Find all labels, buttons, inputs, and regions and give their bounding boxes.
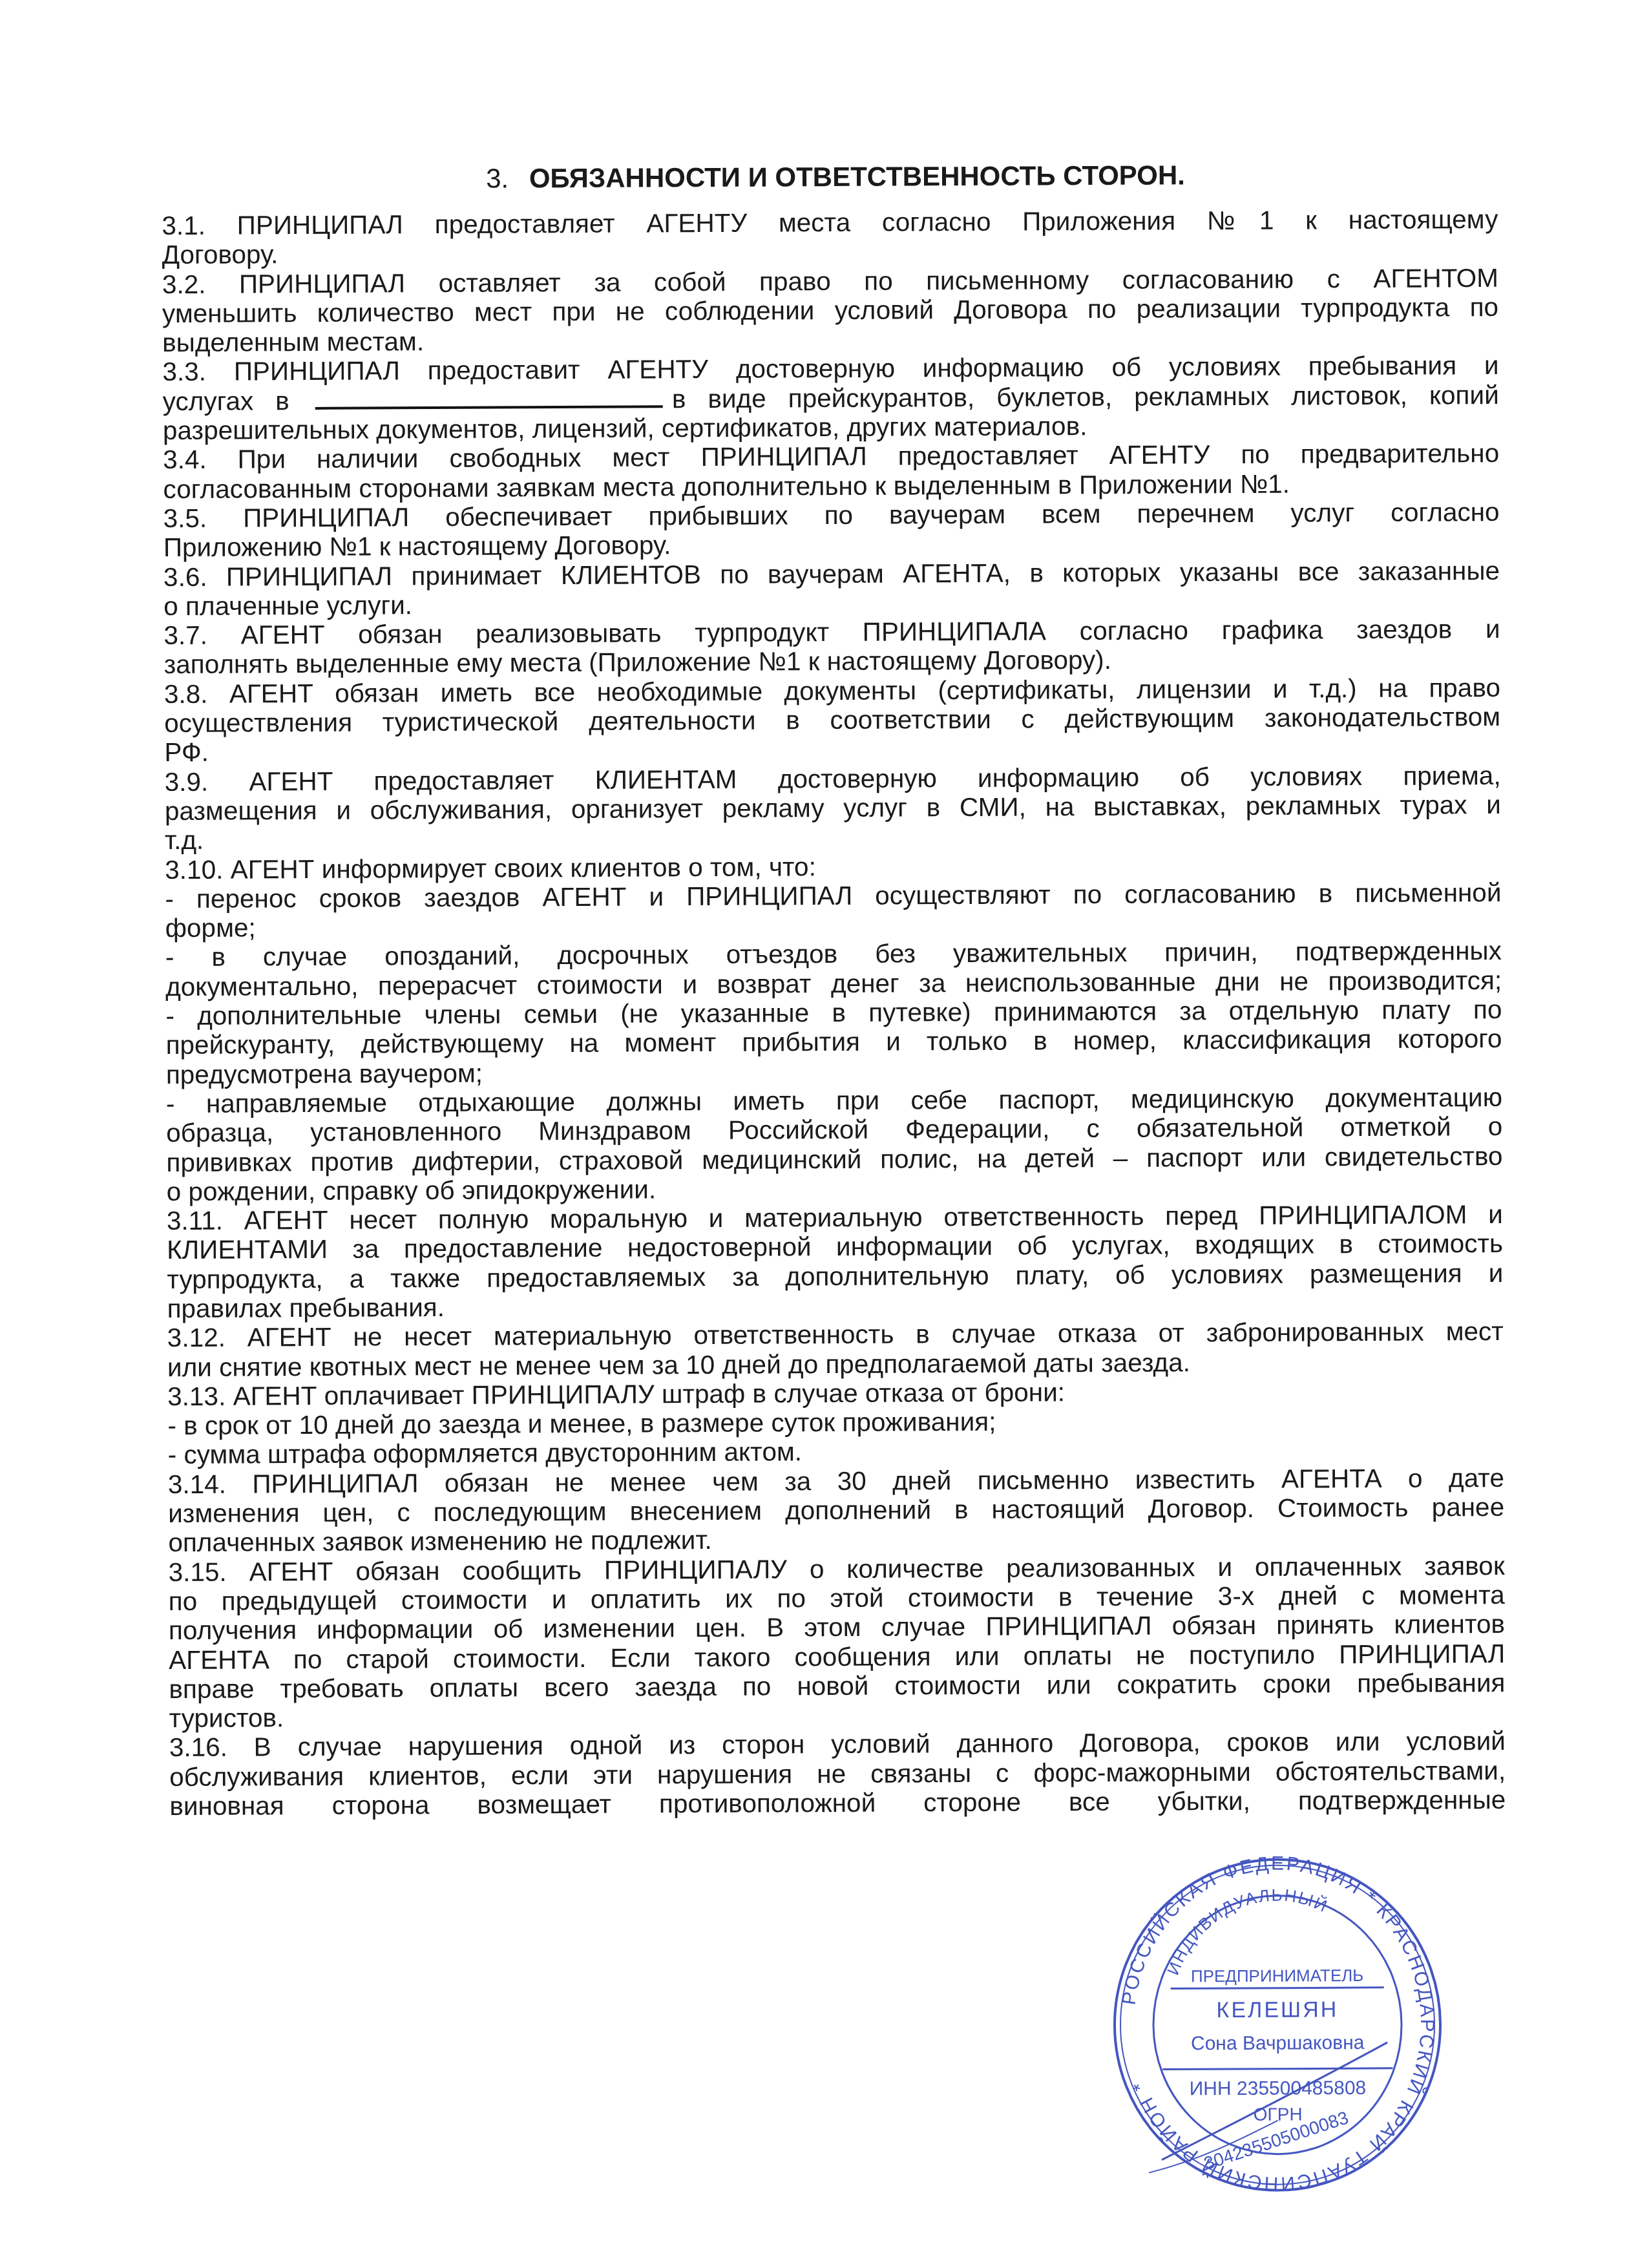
section-heading: 3. ОБЯЗАННОСТИ И ОТВЕТСТВЕННОСТЬ СТОРОН. — [0, 156, 1649, 198]
svg-text:ПРЕДПРИНИМАТЕЛЬ: ПРЕДПРИНИМАТЕЛЬ — [1191, 1966, 1364, 1986]
seal-stamp-icon: РОССИЙСКАЯ ФЕДЕРАЦИЯ * КРАСНОДАРСКИЙ КРА… — [1109, 1854, 1447, 2192]
svg-text:КЕЛЕШЯН: КЕЛЕШЯН — [1216, 1997, 1338, 2022]
contract-body: 3.1. ПРИНЦИПАЛ предоставляет АГЕНТУ мест… — [162, 205, 1506, 1821]
text-line: виновная сторона возмещает противоположн… — [169, 1785, 1506, 1821]
text-fragment: в виде прейскурантов, буклетов, рекламны… — [672, 380, 1499, 414]
text-fragment: услугах в — [163, 386, 289, 416]
svg-text:304235505000083: 304235505000083 — [1201, 2107, 1351, 2174]
svg-text:ИНДИВИДУАЛЬНЫЙ: ИНДИВИДУАЛЬНЫЙ — [1162, 1885, 1332, 1978]
section-number: 3. — [486, 163, 509, 193]
fill-in-blank-field — [315, 386, 663, 410]
svg-text:ИНН 235500485808: ИНН 235500485808 — [1190, 2077, 1367, 2099]
svg-text:ОГРН: ОГРН — [1254, 2104, 1303, 2124]
document-page: 3. ОБЯЗАННОСТИ И ОТВЕТСТВЕННОСТЬ СТОРОН.… — [0, 0, 1649, 2268]
svg-text:Сона Вачршаковна: Сона Вачршаковна — [1191, 2032, 1365, 2054]
section-title: ОБЯЗАННОСТИ И ОТВЕТСТВЕННОСТЬ СТОРОН. — [529, 160, 1185, 193]
svg-text:РОССИЙСКАЯ ФЕДЕРАЦИЯ * КРАСНОД: РОССИЙСКАЯ ФЕДЕРАЦИЯ * КРАСНОДАРСКИЙ КРА… — [1117, 1854, 1438, 2192]
